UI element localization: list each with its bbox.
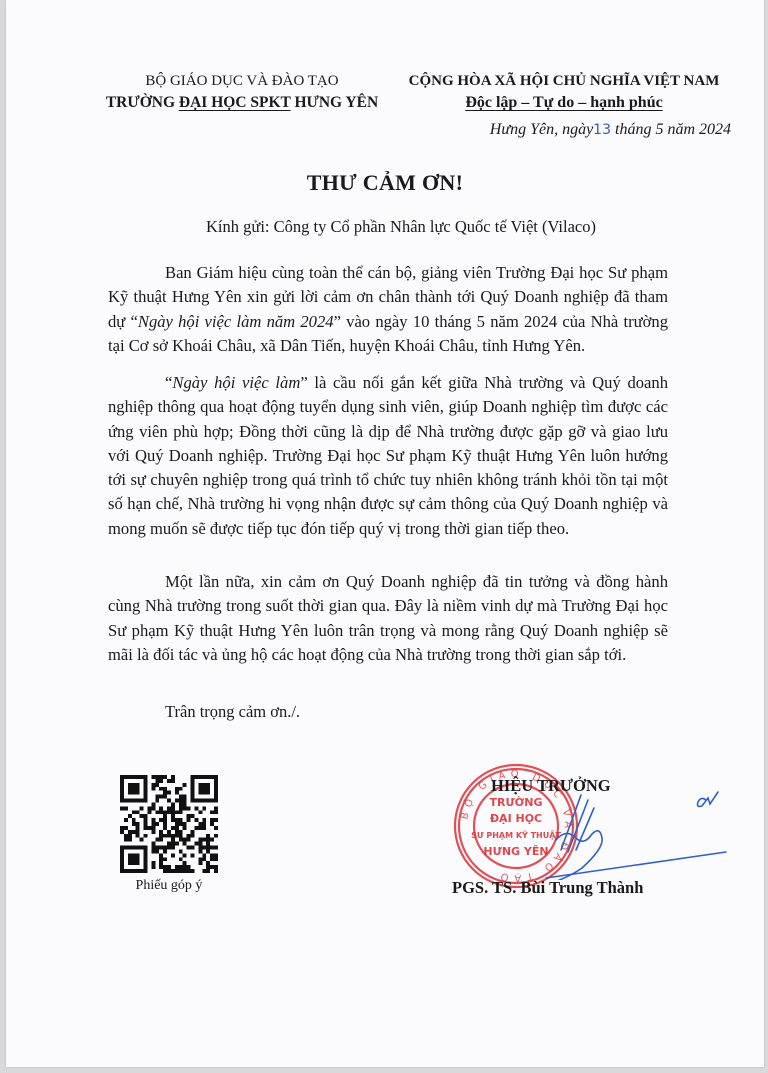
handwritten-signature-icon xyxy=(526,780,736,880)
p1-event-name: Ngày hội việc làm năm 2024 xyxy=(138,312,334,331)
recipient-line: Kính gửi: Công ty Cổ phần Nhân lực Quốc … xyxy=(206,217,596,237)
dateline: Hưng Yên, ngày13 tháng 5 năm 2024 xyxy=(406,121,731,139)
school-name-prefix: TRƯỜNG xyxy=(106,94,179,111)
school-name-suffix: HƯNG YÊN xyxy=(291,94,379,111)
country-name: CỘNG HÒA XÃ HỘI CHỦ NGHĨA VIỆT NAM xyxy=(394,70,734,92)
qr-code-icon[interactable] xyxy=(120,775,218,873)
signatory-name: PGS. TS. Bùi Trung Thành xyxy=(452,878,643,898)
paragraph-2: “Ngày hội việc làm” là cầu nối gắn kết g… xyxy=(108,371,668,541)
ministry-name: BỘ GIÁO DỤC VÀ ĐÀO TẠO xyxy=(102,70,382,92)
qr-caption: Phiếu góp ý xyxy=(106,878,232,894)
dateline-prefix: Hưng Yên, ngày xyxy=(490,121,593,138)
p2-event-name: Ngày hội việc làm xyxy=(172,373,300,392)
letter-page: BỘ GIÁO DỤC VÀ ĐÀO TẠO TRƯỜNG ĐẠI HỌC SP… xyxy=(6,0,764,1067)
paragraph-1: Ban Giám hiệu cùng toàn thể cán bộ, giản… xyxy=(108,261,668,358)
dateline-suffix: tháng 5 năm 2024 xyxy=(611,121,731,138)
school-name-underlined: ĐẠI HỌC SPKT xyxy=(179,94,291,111)
school-name: TRƯỜNG ĐẠI HỌC SPKT HƯNG YÊN xyxy=(102,92,382,114)
p2-text-b: ” là cầu nối gắn kết giữa Nhà trường và … xyxy=(108,373,668,538)
dateline-day: 13 xyxy=(593,122,611,138)
paragraph-3: Một lần nữa, xin cảm ơn Quý Doanh nghiệp… xyxy=(108,570,668,667)
letter-title: THƯ CẢM ƠN! xyxy=(6,170,764,196)
national-motto-header: CỘNG HÒA XÃ HỘI CHỦ NGHĨA VIỆT NAM Độc l… xyxy=(394,70,734,114)
motto: Độc lập – Tự do – hạnh phúc xyxy=(394,92,734,114)
ministry-header: BỘ GIÁO DỤC VÀ ĐÀO TẠO TRƯỜNG ĐẠI HỌC SP… xyxy=(102,70,382,114)
closing-line: Trân trọng cảm ơn./. xyxy=(165,702,300,722)
